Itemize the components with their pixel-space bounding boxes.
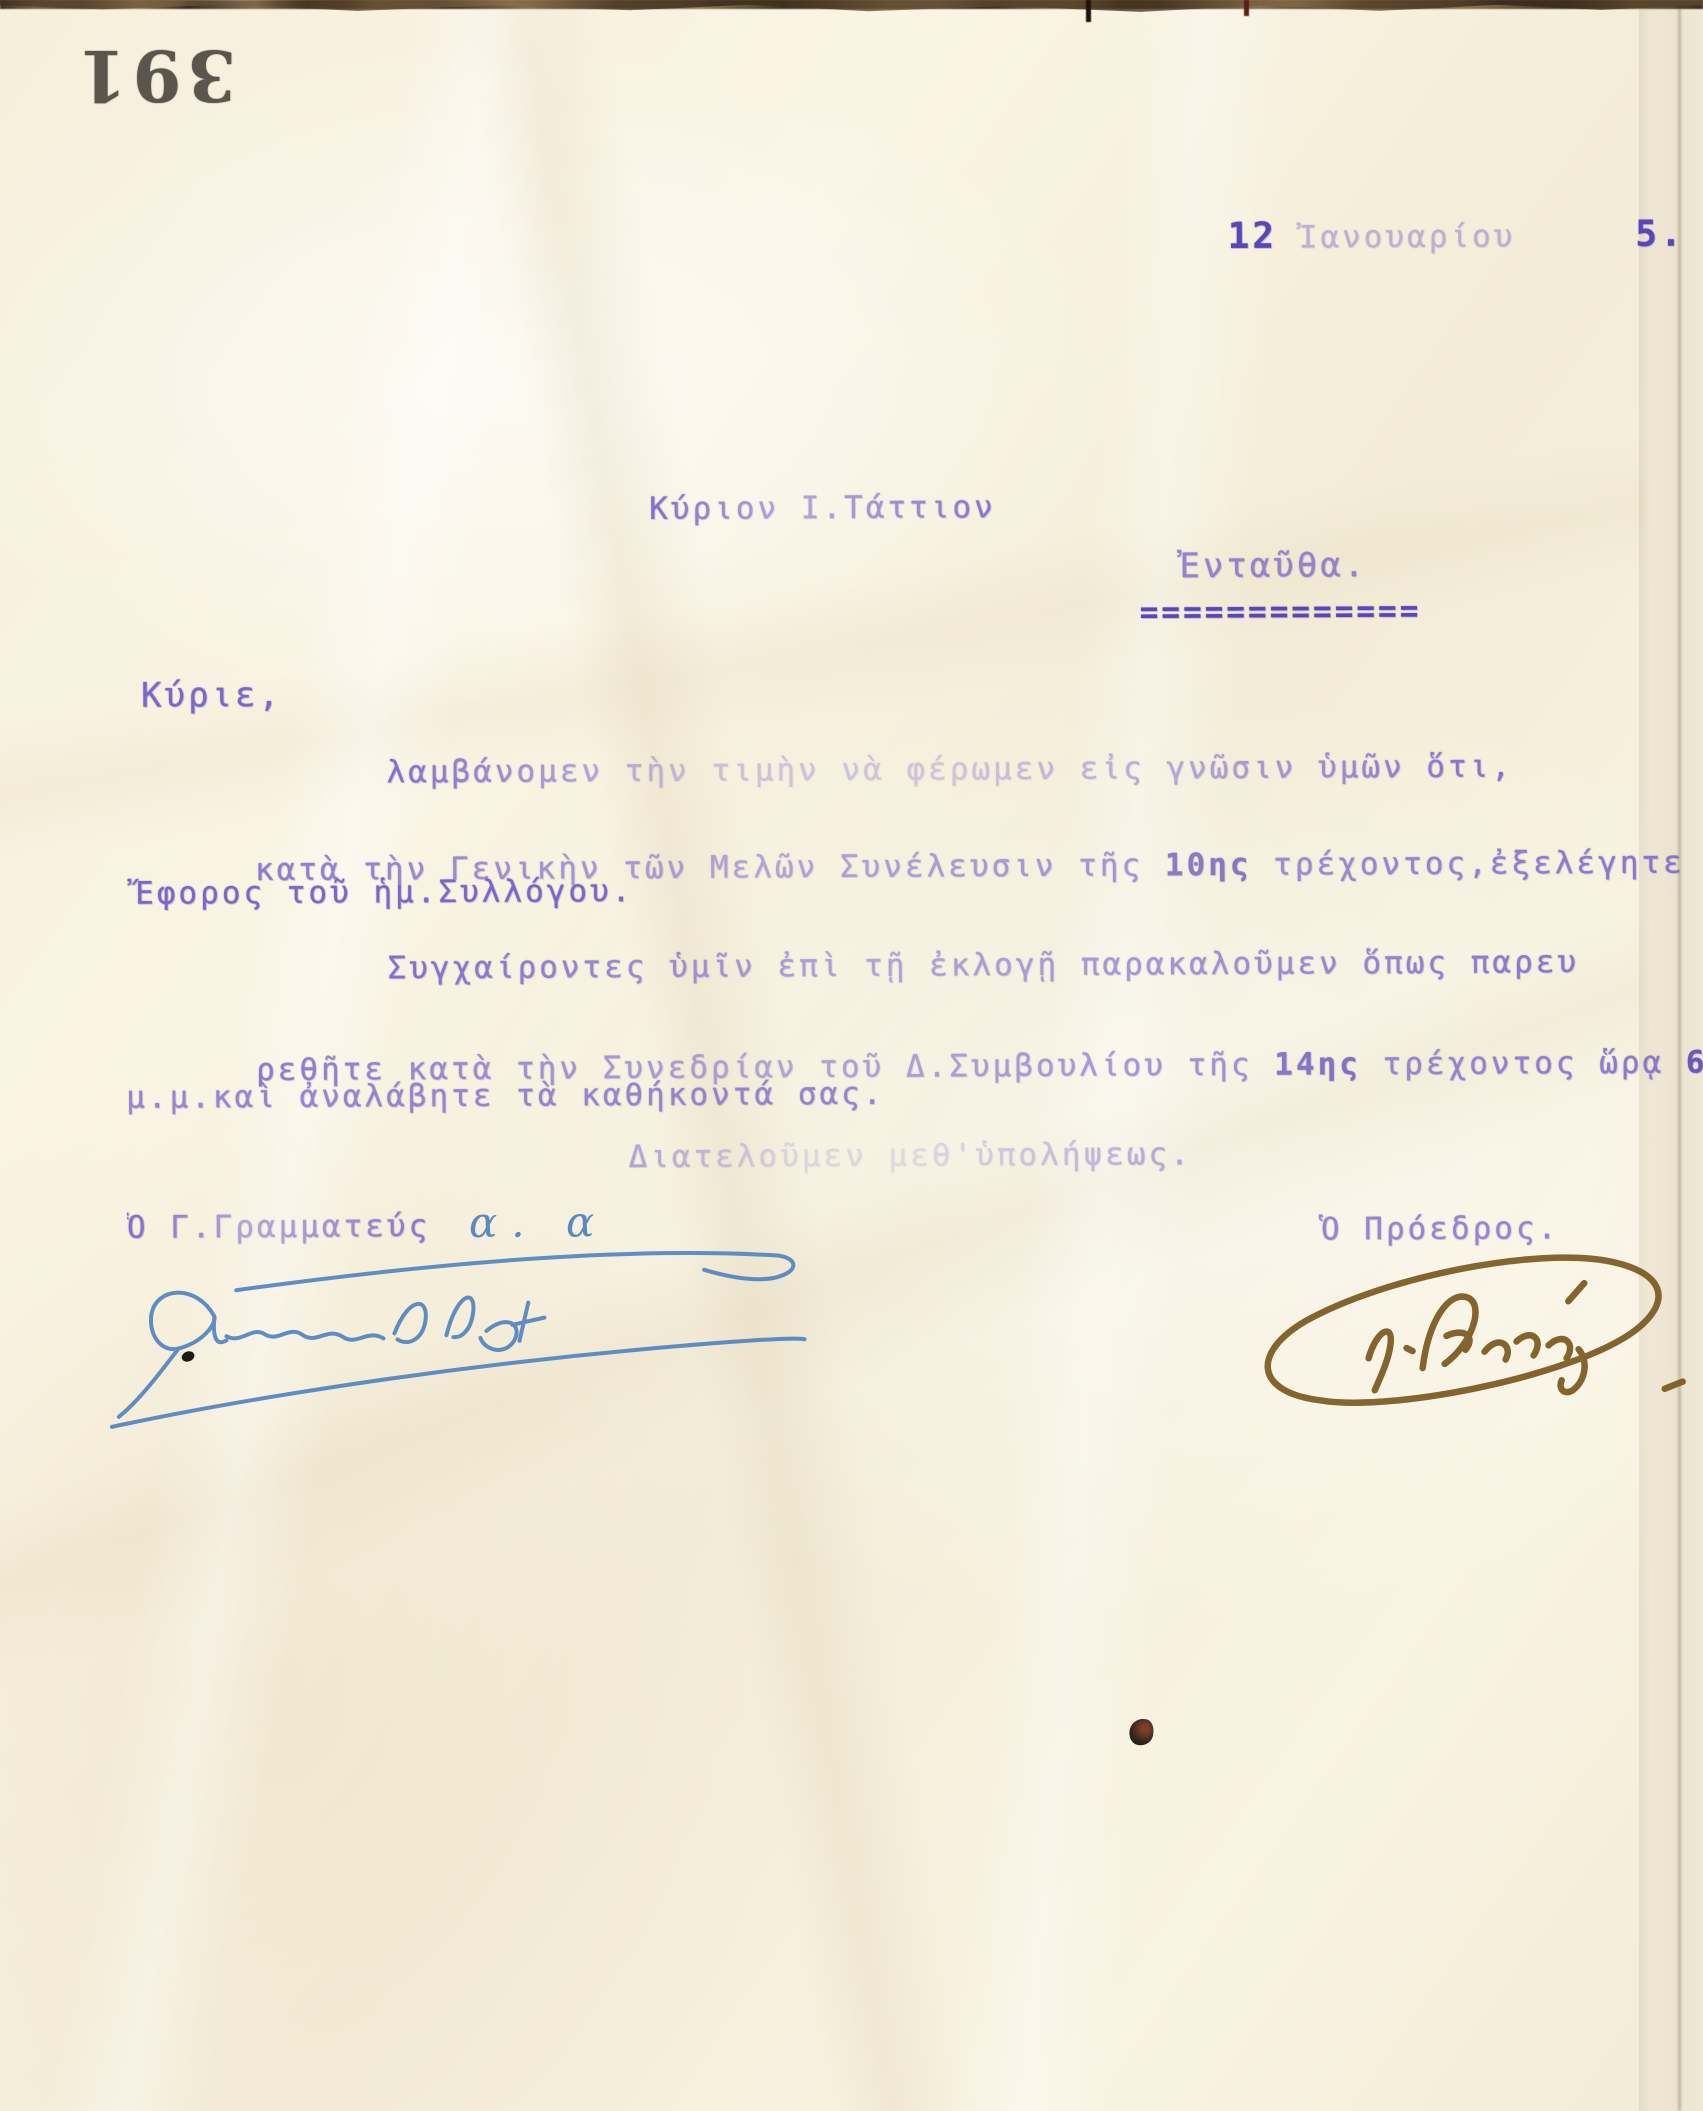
body-line-2-text-end: τρέχοντος,ἐξελέγητε	[1251, 845, 1684, 883]
closing-line: Διατελοῦμεν μεθ'ὑπολήψεως.	[628, 1136, 1191, 1176]
body-line-5-text-mid: τρέχοντος ὥρᾳ	[1361, 1045, 1686, 1083]
body-line-3: Ἔφορος τοῦ ἡμ.Συλλόγου.	[135, 873, 633, 913]
body-line-2-number: 10ης	[1165, 847, 1252, 883]
ink-blot	[1127, 1716, 1157, 1748]
salutation: Κύριε,	[141, 675, 282, 717]
date-month: Ἰανουαρίου	[1277, 219, 1515, 256]
location-underline: =============	[1140, 593, 1422, 632]
body-line-4: Συγχαίροντες ὑμῖν ἐπὶ τῇ ἐκλογῇ παρακαλο…	[387, 944, 1579, 987]
secretary-signature	[96, 1225, 817, 1444]
location-line: Ἐνταῦθα.	[1179, 545, 1367, 587]
letter-content: 12 Ἰανουαρίου5. Κύριον Ι.Τάττιον Ἐνταῦθα…	[0, 0, 1703, 2111]
scanned-letter-page: 391 12 Ἰανουαρίου5. Κύριον Ι.Τάττιον Ἐντ…	[0, 0, 1703, 2111]
body-line-6: μ.μ.καὶ ἀναλάβητε τὰ καθήκοντά σας.	[126, 1076, 884, 1117]
body-line-5-hour: 6½	[1686, 1045, 1703, 1081]
date-year: 5.	[1635, 214, 1685, 255]
body-line-5-number: 14ης	[1274, 1047, 1361, 1083]
body-line-1: λαμβάνομεν τὴν τιμὴν νὰ φέρωμεν εἰς γνῶσ…	[386, 749, 1513, 792]
president-signature	[1236, 1239, 1702, 1421]
date-line: 12 Ἰανουαρίου5.	[1097, 176, 1685, 297]
date-day: 12	[1228, 216, 1278, 257]
recipient-line: Κύριον Ι.Τάττιον	[649, 489, 996, 528]
